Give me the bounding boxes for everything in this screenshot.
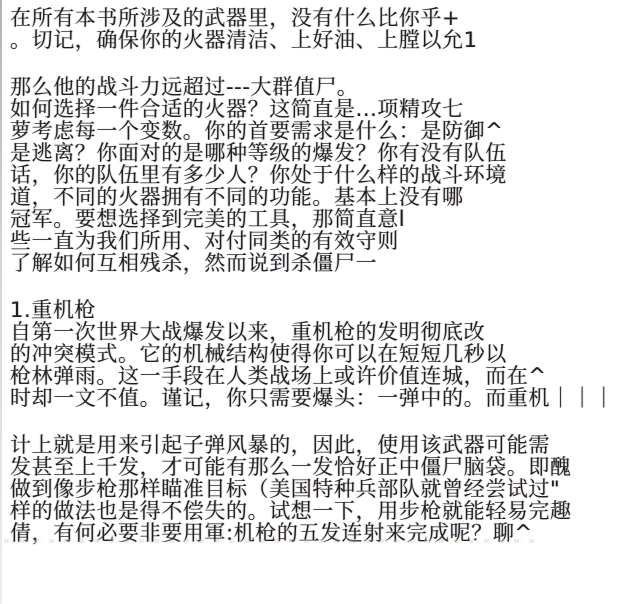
text-line: 是逃离？你面对的是哪种等级的爆发？你有没有队伍 [10,142,610,164]
text-line: 在所有本书所涉及的武器里，没有什么比你乎+ [10,7,610,29]
paragraph-heavy-machine-gun-1: 1.重机枪 自第一次世界大战爆发以来，重机枪的发明彻底改 的冲突模式。它的机械结… [10,299,610,409]
text-line: 样的做法也是得不偿失的。试想一下，用步枪就能轻易完趣 [10,500,610,522]
paragraph-intro: 在所有本书所涉及的武器里，没有什么比你乎+ 。切记，确保你的火器清洁、上好油、上… [10,7,610,51]
text-line: 了解如何互相残杀，然而说到杀僵尸一 [10,252,610,274]
text-line: 如何选择一件合适的火器？这简直是...项精攻七 [10,98,610,120]
scan-left-edge-artifact [0,0,2,604]
text-line: 发甚至上千发，才可能有那么一发恰好正中僵尸脑袋。即醜 [10,456,610,478]
text-line: 时却一文不值。谨记，你只需要爆头：一弹中的。而重机｜｜｜ [10,387,610,409]
text-line: 自第一次世界大战爆发以来，重机枪的发明彻底改 [10,321,610,343]
text-line: 些一直为我们所用、对付同类的有效守则 [10,230,610,252]
text-line: 道，不同的火器拥有不同的功能。基本上没有哪 [10,186,610,208]
text-line: 倩，有何必要非要用軍:机枪的五发连射来完成呢？聊^ [10,522,610,544]
text-line: 话，你的队伍里有多少人？你处于什么样的战斗环境 [10,164,610,186]
text-line: 。切记，确保你的火器清洁、上好油、上膛以允1 [10,29,610,51]
section-heading-line: 1.重机枪 [10,299,610,321]
text-line: 枪林弹雨。这一手段在人类战场上或许价值连城，而在^ [10,365,610,387]
text-line: 冠军。要想选择到完美的工具，那简直意l [10,208,610,230]
paragraph-heavy-machine-gun-2: 计上就是用来引起子弹风暴的，因此，使用该武器可能需 发甚至上千发，才可能有那么一… [10,434,610,544]
text-line: 计上就是用来引起子弹风暴的，因此，使用该武器可能需 [10,434,610,456]
text-line: 做到像步枪那样瞄准目标（美国特种兵部队就曾经尝试过" [10,478,610,500]
scanned-document-page: 在所有本书所涉及的武器里，没有什么比你乎+ 。切记，确保你的火器清洁、上好油、上… [10,7,610,544]
text-line: 的冲突模式。它的机械结构使得你可以在短短几秒以 [10,343,610,365]
paragraph-choosing-firearm: 那么他的战斗力远超过---大群值尸。 如何选择一件合适的火器？这简直是...项精… [10,76,610,274]
text-line: 萝考虑每一个变数。你的首要需求是什么：是防御^ [10,120,610,142]
text-line: 那么他的战斗力远超过---大群值尸。 [10,76,610,98]
